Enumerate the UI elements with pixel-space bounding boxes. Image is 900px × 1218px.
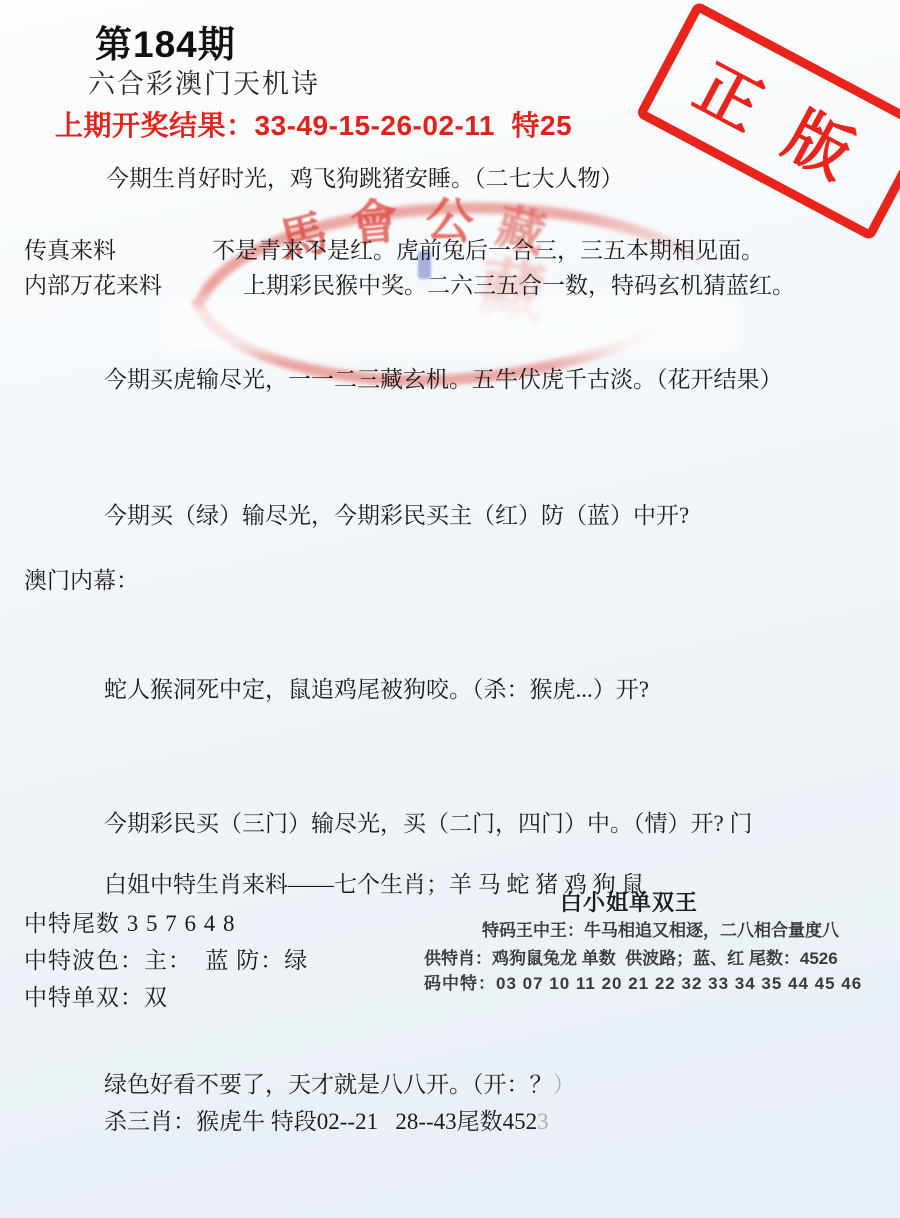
authentic-stamp: 正版 xyxy=(635,1,900,242)
macau-inside-label: 澳门内幕： xyxy=(24,562,139,595)
internal-source-label: 内部万花来料 xyxy=(24,267,162,300)
green-buy-line: 今期买（绿）输尽光，今期彩民买主（红）防（蓝）中开? xyxy=(104,497,689,530)
fax-source-text: 不是青来不是红。虎前兔后一合三，三五本期相见面。 xyxy=(212,232,764,265)
document-subtitle: 六合彩澳门天机诗 xyxy=(88,62,320,101)
zodiac-supply-line: 供特肖：鸡狗鼠兔龙 单数 供波路；蓝、红 尾数：4526 xyxy=(424,944,838,969)
internal-source-text: 上期彩民猴中奖。二六三五合一数，特码玄机猜蓝红。 xyxy=(243,267,795,300)
last-draw-result: 上期开奖结果：33-49-15-26-02-11 特25 xyxy=(55,104,572,144)
kill-three-line: 杀三肖：猴虎牛 特段02--21 28--43尾数4523 xyxy=(104,1103,549,1136)
zodiac-poem-line: 今期生肖好时光，鸡飞狗跳猪安睡。（二七大人物） xyxy=(106,160,624,193)
paper-wash-overlay xyxy=(160,298,740,354)
kill-three-text: 杀三肖：猴虎牛 特段02--21 28--43尾数452 xyxy=(104,1109,537,1134)
fax-source-label: 传真来料 xyxy=(24,232,116,265)
doors-buy-line: 今期彩民买（三门）输尽光，买（二门，四门）中。（情）开? 门 xyxy=(104,805,752,838)
green-footer-faded: ） xyxy=(553,1072,576,1097)
special-tail-numbers: 中特尾数 3 5 7 6 4 8 xyxy=(24,905,236,938)
seven-zodiac-line: 白姐中特生肖来料——七个生肖；羊 马 蛇 猪 鸡 狗 鼠 xyxy=(104,866,645,899)
green-footer-text: 绿色好看不要了，天才就是八八开。（开：？ xyxy=(104,1072,553,1097)
special-wave-color: 中特波色：主： 蓝 防：绿 xyxy=(24,942,308,975)
issue-title: 第184期 xyxy=(95,14,236,68)
tiger-poem-line: 今期买虎输尽光，一一二三藏玄机。五牛伏虎千古淡。（花开结果） xyxy=(104,361,783,394)
authentic-stamp-text: 正版 xyxy=(664,28,900,214)
special-numbers-line: 码中特：03 07 10 11 20 21 22 32 33 34 35 44 … xyxy=(424,969,862,994)
special-king-line: 特码王中王：牛马相追又相逐，二八相合量度八 xyxy=(482,916,839,941)
green-footer-line: 绿色好看不要了，天才就是八八开。（开：？） xyxy=(104,1066,576,1099)
lottery-tip-sheet: 馬 會 公 藏 藏 第184期 六合彩澳门天机诗 上期开奖结果：33-49-15… xyxy=(0,0,900,1218)
special-odd-even: 中特单双：双 xyxy=(24,979,168,1012)
kill-three-faded: 3 xyxy=(537,1109,549,1134)
snake-poem-line: 蛇人猴洞死中定，鼠追鸡尾被狗咬。（杀：猴虎...）开? xyxy=(104,671,649,704)
